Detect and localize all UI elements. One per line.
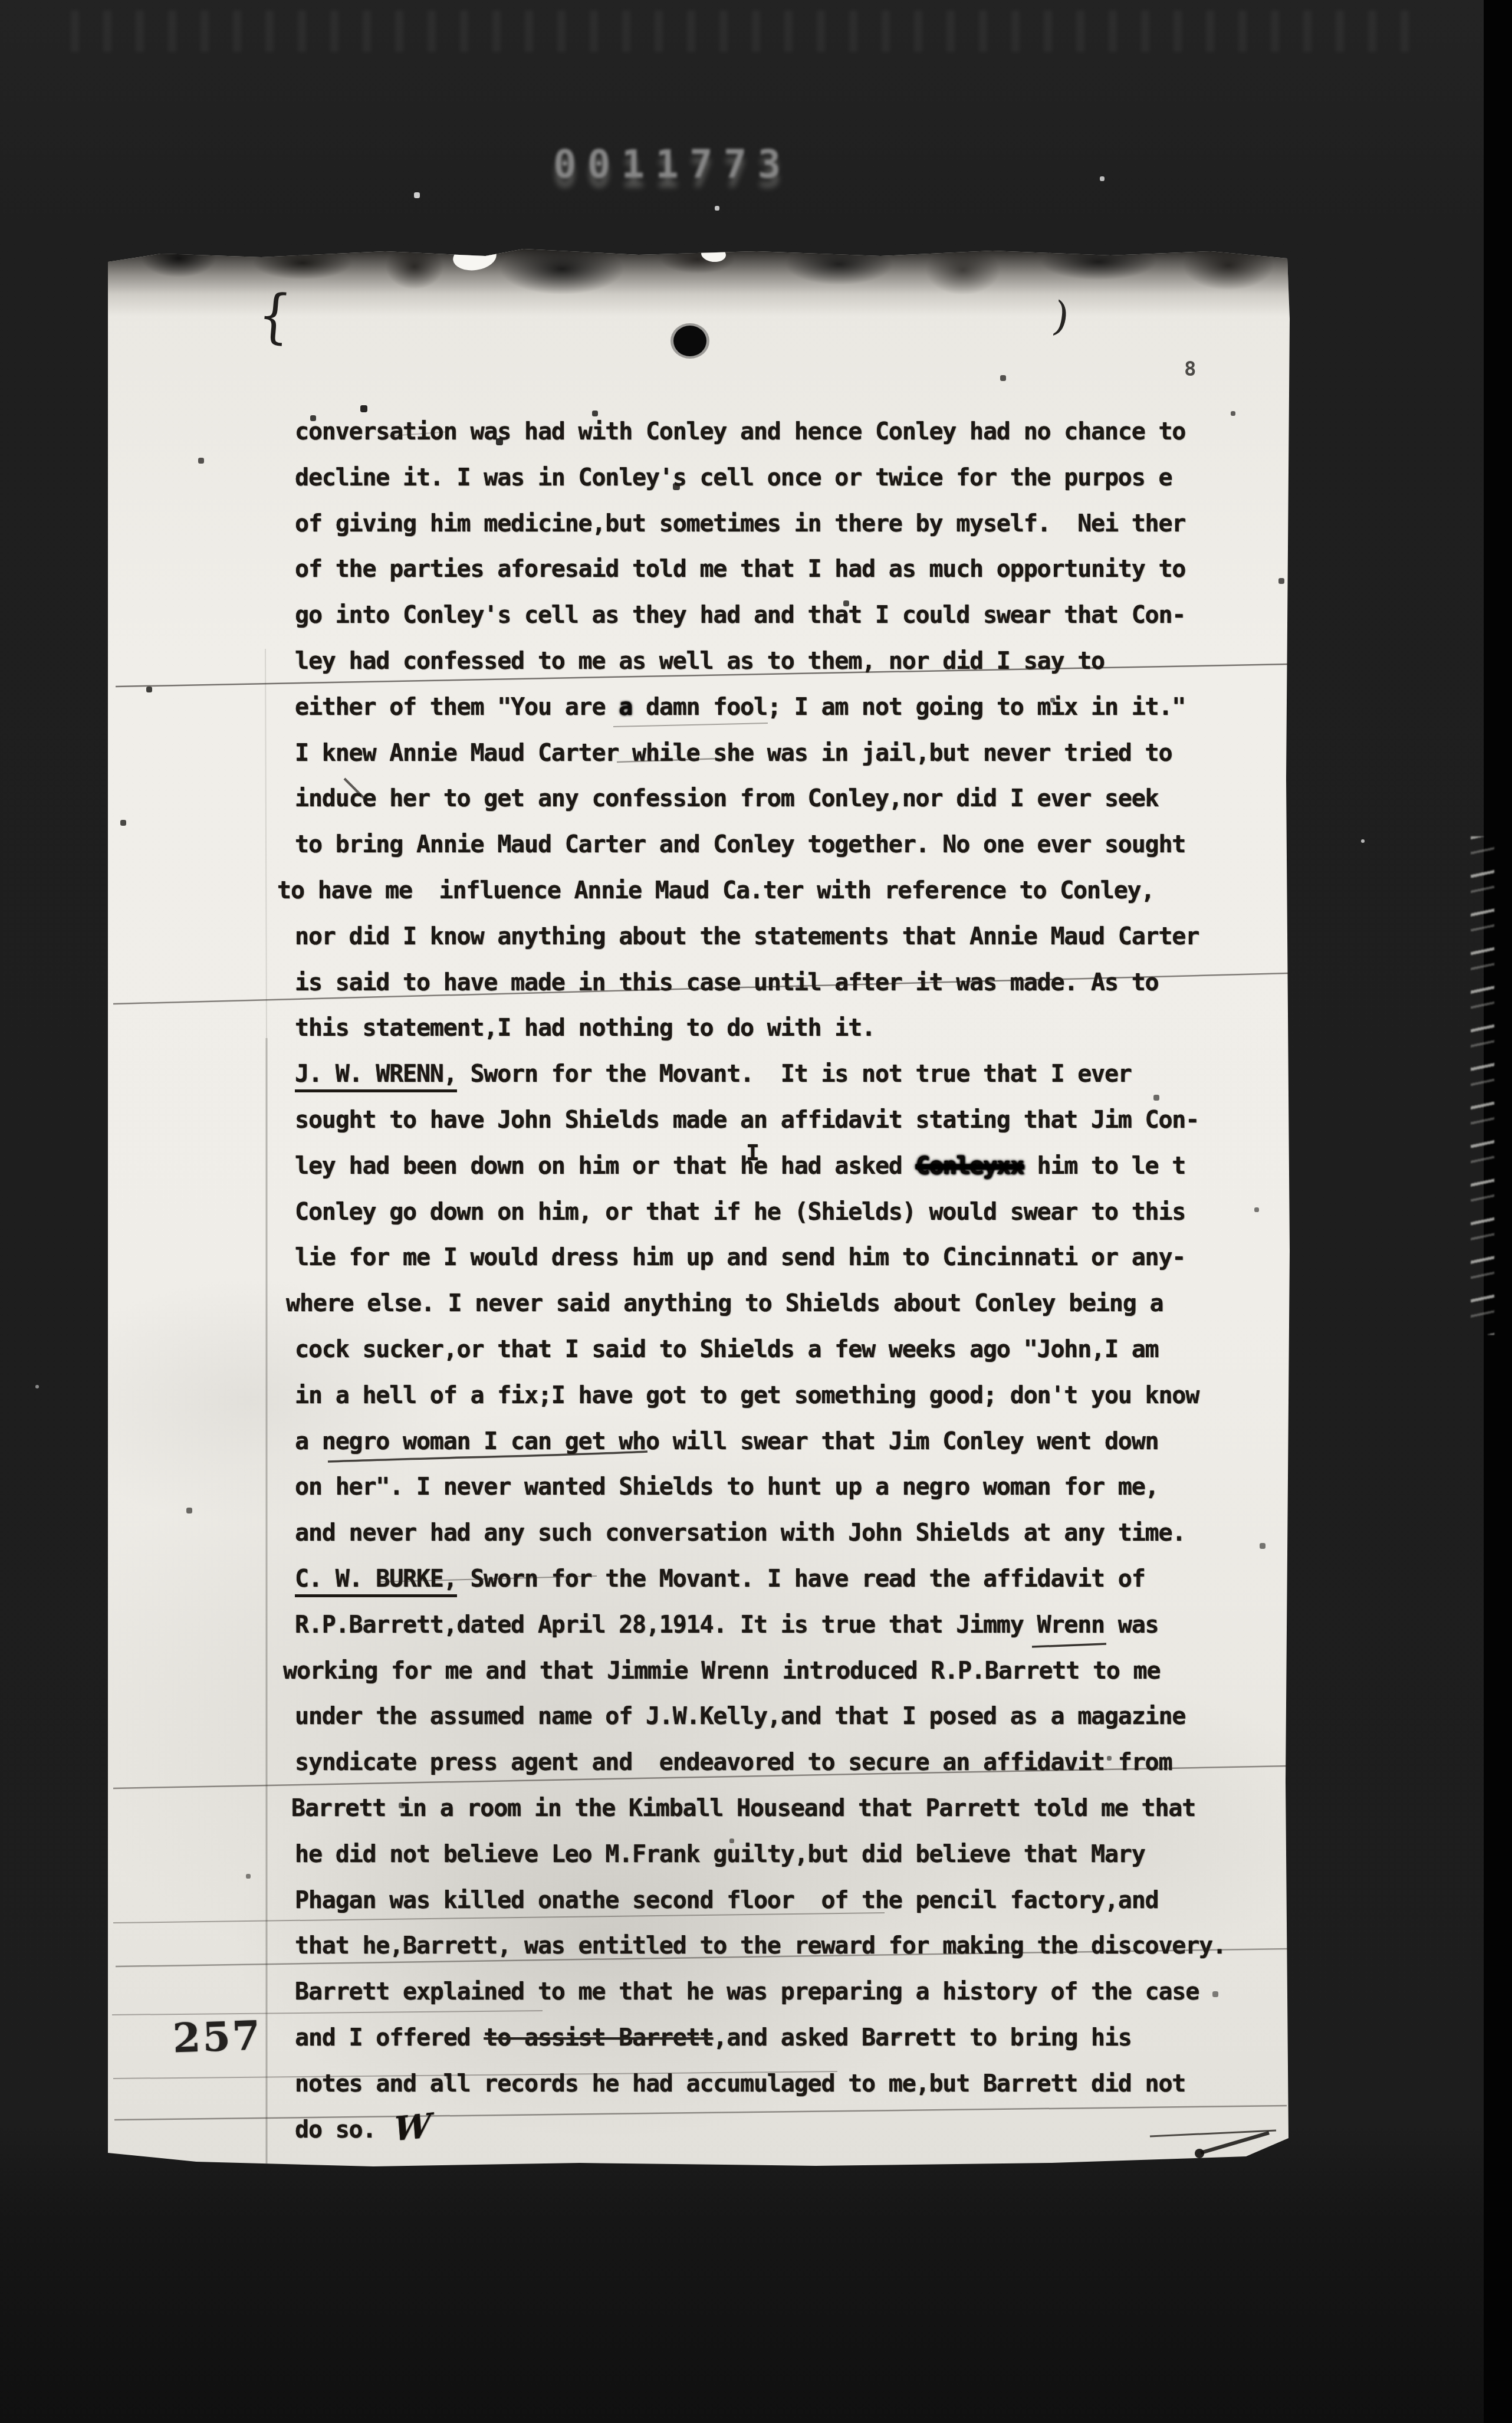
typed-text-segment: J. W. WRENN, <box>295 1061 457 1092</box>
typed-text-segment: Sworn for the Movant. It is not true tha… <box>457 1061 1132 1088</box>
typed-text-segment: on her". I never wanted Shields to hunt … <box>295 1473 1158 1501</box>
typed-text-segment: do so. <box>295 2116 389 2143</box>
microfilm-scan-page: { "film": { "frame_stamp": "0011773", "c… <box>0 0 1512 2423</box>
typed-text-segment: Sworn for the Movant. I have read the af… <box>457 1565 1145 1593</box>
typed-line: that he,Barrett, was entitled to the rew… <box>295 1923 1226 1969</box>
handwritten-brace-mark: { <box>255 281 294 351</box>
typed-text-segment: syndicate press agent and endeavored to … <box>295 1749 1172 1776</box>
typed-text-segment: is said to have made in this case until … <box>295 969 1158 996</box>
film-top-noise <box>71 11 1427 52</box>
page-number-stamp: 257 <box>172 2012 263 2062</box>
typed-line: go into Conley's cell as they had and th… <box>295 593 1226 639</box>
typed-text-segment: go into Conley's cell as they had and th… <box>295 602 1185 629</box>
typed-line: notes and all records he had accumulaged… <box>295 2061 1226 2107</box>
typed-text-segment: W <box>393 2106 432 2149</box>
typed-line: a negro woman I can get who will swear t… <box>295 1419 1226 1465</box>
typed-line: C. W. BURKE, Sworn for the Movant. I hav… <box>295 1557 1226 1603</box>
typed-line: syndicate press agent and endeavored to … <box>295 1740 1226 1786</box>
typed-text-segment: either of them "You are <box>295 694 619 721</box>
typed-text-segment: decline it. I was in Conley's cell once … <box>295 464 1172 491</box>
typed-line: Barrett in a room in the Kimball Housean… <box>291 1786 1226 1832</box>
typed-text-segment: Barrett in a room in the Kimball Housean… <box>291 1795 1195 1822</box>
typed-text-segment: Phagan was killed onathe second floor of… <box>295 1887 1158 1914</box>
typed-line: Barrett explained to me that he was prep… <box>295 1969 1226 2015</box>
typed-line: sought to have John Shields made an affi… <box>295 1098 1226 1144</box>
typed-line: of giving him medicine,but sometimes in … <box>295 501 1226 547</box>
typed-line: to bring Annie Maud Carter and Conley to… <box>295 822 1226 868</box>
typed-text-segment: had asked <box>767 1153 916 1180</box>
typed-text-segment: him to le t <box>1024 1153 1186 1180</box>
typed-text-segment: notes and all records he had accumulaged… <box>295 2070 1185 2097</box>
typed-text-segment: he did not believe Leo M.Frank guilty,bu… <box>295 1841 1145 1868</box>
typed-line: he did not believe Leo M.Frank guilty,bu… <box>295 1832 1226 1878</box>
typed-line: nor did I know anything about the statem… <box>295 914 1226 960</box>
typed-text-segment: of giving him medicine,but sometimes in … <box>295 510 1185 537</box>
typed-text-segment: ley had been down on him or that <box>295 1153 740 1180</box>
typed-text-segment: where else. I never said anything to Shi… <box>286 1290 1163 1317</box>
typed-text-segment: in a hell of a fix;I have got to get som… <box>295 1382 1199 1409</box>
typed-line: J. W. WRENN, Sworn for the Movant. It is… <box>295 1052 1226 1098</box>
typed-line: either of them "You are a damn fool; I a… <box>295 685 1226 731</box>
typed-text-segment: I knew Annie Maud Carter while she was i… <box>295 740 1172 767</box>
typed-text-segment: R.P.Barrett,dated April 28,1914. It is t… <box>295 1611 1158 1639</box>
typed-line: to have me influence Annie Maud Ca.ter w… <box>277 868 1226 914</box>
film-light-specks <box>0 0 1 1</box>
typed-line: cock sucker,or that I said to Shields a … <box>295 1327 1226 1373</box>
typed-text-segment: Conley go down on him, or that if he (Sh… <box>295 1199 1185 1226</box>
typed-line: do so. W <box>295 2107 1226 2153</box>
typed-text-segment: under the assumed name of J.W.Kelly,and … <box>295 1703 1185 1730</box>
typed-line: working for me and that Jimmie Wrenn int… <box>283 1649 1226 1695</box>
typed-text-segment: conversation was had with Conley and hen… <box>295 418 1185 445</box>
typed-line: this statement,I had nothing to do with … <box>295 1006 1226 1052</box>
typed-text-segment: to assist Barrett <box>484 2024 713 2051</box>
typed-line: and I offered to assist Barrett,and aske… <box>295 2015 1226 2061</box>
typed-line: in a hell of a fix;I have got to get som… <box>295 1373 1226 1419</box>
typed-text-segment: lie for me I would dress him up and send… <box>295 1244 1185 1271</box>
typed-line: I knew Annie Maud Carter while she was i… <box>295 731 1226 777</box>
typed-text-segment: to bring Annie Maud Carter and Conley to… <box>295 831 1185 858</box>
typed-text-segment: induce her to get any confession from Co… <box>295 785 1158 812</box>
typed-text-segment: and never had any such conversation with… <box>295 1519 1185 1547</box>
typed-text-segment: that he,Barrett, was entitled to the rew… <box>295 1932 1226 1959</box>
typed-text-segment: ,and asked Barrett to bring his <box>713 2024 1131 2051</box>
typed-text-segment: cock sucker,or that I said to Shields a … <box>295 1336 1158 1363</box>
film-edge-markings <box>1471 836 1494 1335</box>
typed-text-segment: damn fool; I am not going to mix in it." <box>632 694 1185 721</box>
typed-line: Phagan was killed onathe second floor of… <box>295 1878 1226 1924</box>
typed-line: R.P.Barrett,dated April 28,1914. It is t… <box>295 1603 1226 1649</box>
corner-numeral-mark: 8 <box>1184 357 1196 381</box>
typed-text-segment: working for me and that Jimmie Wrenn int… <box>283 1657 1160 1685</box>
typed-line: Conley go down on him, or that if he (Sh… <box>295 1190 1226 1236</box>
typed-text-segment: C. W. BURKE, <box>295 1565 457 1597</box>
typed-line: lie for me I would dress him up and send… <box>295 1235 1226 1281</box>
typed-text-segment: this statement,I had nothing to do with … <box>295 1014 875 1042</box>
typed-line: and never had any such conversation with… <box>295 1511 1226 1557</box>
typed-text-segment: a <box>619 694 632 721</box>
typed-line: decline it. I was in Conley's cell once … <box>295 455 1226 501</box>
typed-line: induce her to get any confession from Co… <box>295 776 1226 822</box>
typed-text-segment: of the parties aforesaid told me that I … <box>295 556 1185 583</box>
typed-line: ley had confessed to me as well as to th… <box>295 639 1226 685</box>
typed-line: is said to have made in this case until … <box>295 960 1226 1006</box>
typed-text-segment: Barrett explained to me that he was prep… <box>295 1978 1199 2005</box>
typed-line: under the assumed name of J.W.Kelly,and … <box>295 1694 1226 1740</box>
typed-text-segment: nor did I know anything about the statem… <box>295 923 1199 950</box>
typed-text-segment: to have me influence Annie Maud Ca.ter w… <box>277 877 1154 904</box>
microfilm-frame-number-stamp: 0011773 <box>553 142 791 187</box>
typed-line: of the parties aforesaid told me that I … <box>295 547 1226 593</box>
typed-line: where else. I never said anything to Shi… <box>286 1281 1226 1327</box>
typed-text-segment: and I offered <box>295 2024 484 2051</box>
typed-line: on her". I never wanted Shields to hunt … <box>295 1465 1226 1511</box>
typed-line: ley had been down on him or that he had … <box>295 1144 1226 1190</box>
typed-line: conversation was had with Conley and hen… <box>295 409 1226 455</box>
typed-text: conversation was had with Conley and hen… <box>295 409 1226 2153</box>
typed-text-segment: Conleyxx <box>916 1153 1024 1180</box>
typed-text-segment: ley had confessed to me as well as to th… <box>295 648 1105 675</box>
typed-text-segment: he <box>740 1153 767 1180</box>
typed-text-segment: a negro woman I can get who will swear t… <box>295 1428 1158 1455</box>
